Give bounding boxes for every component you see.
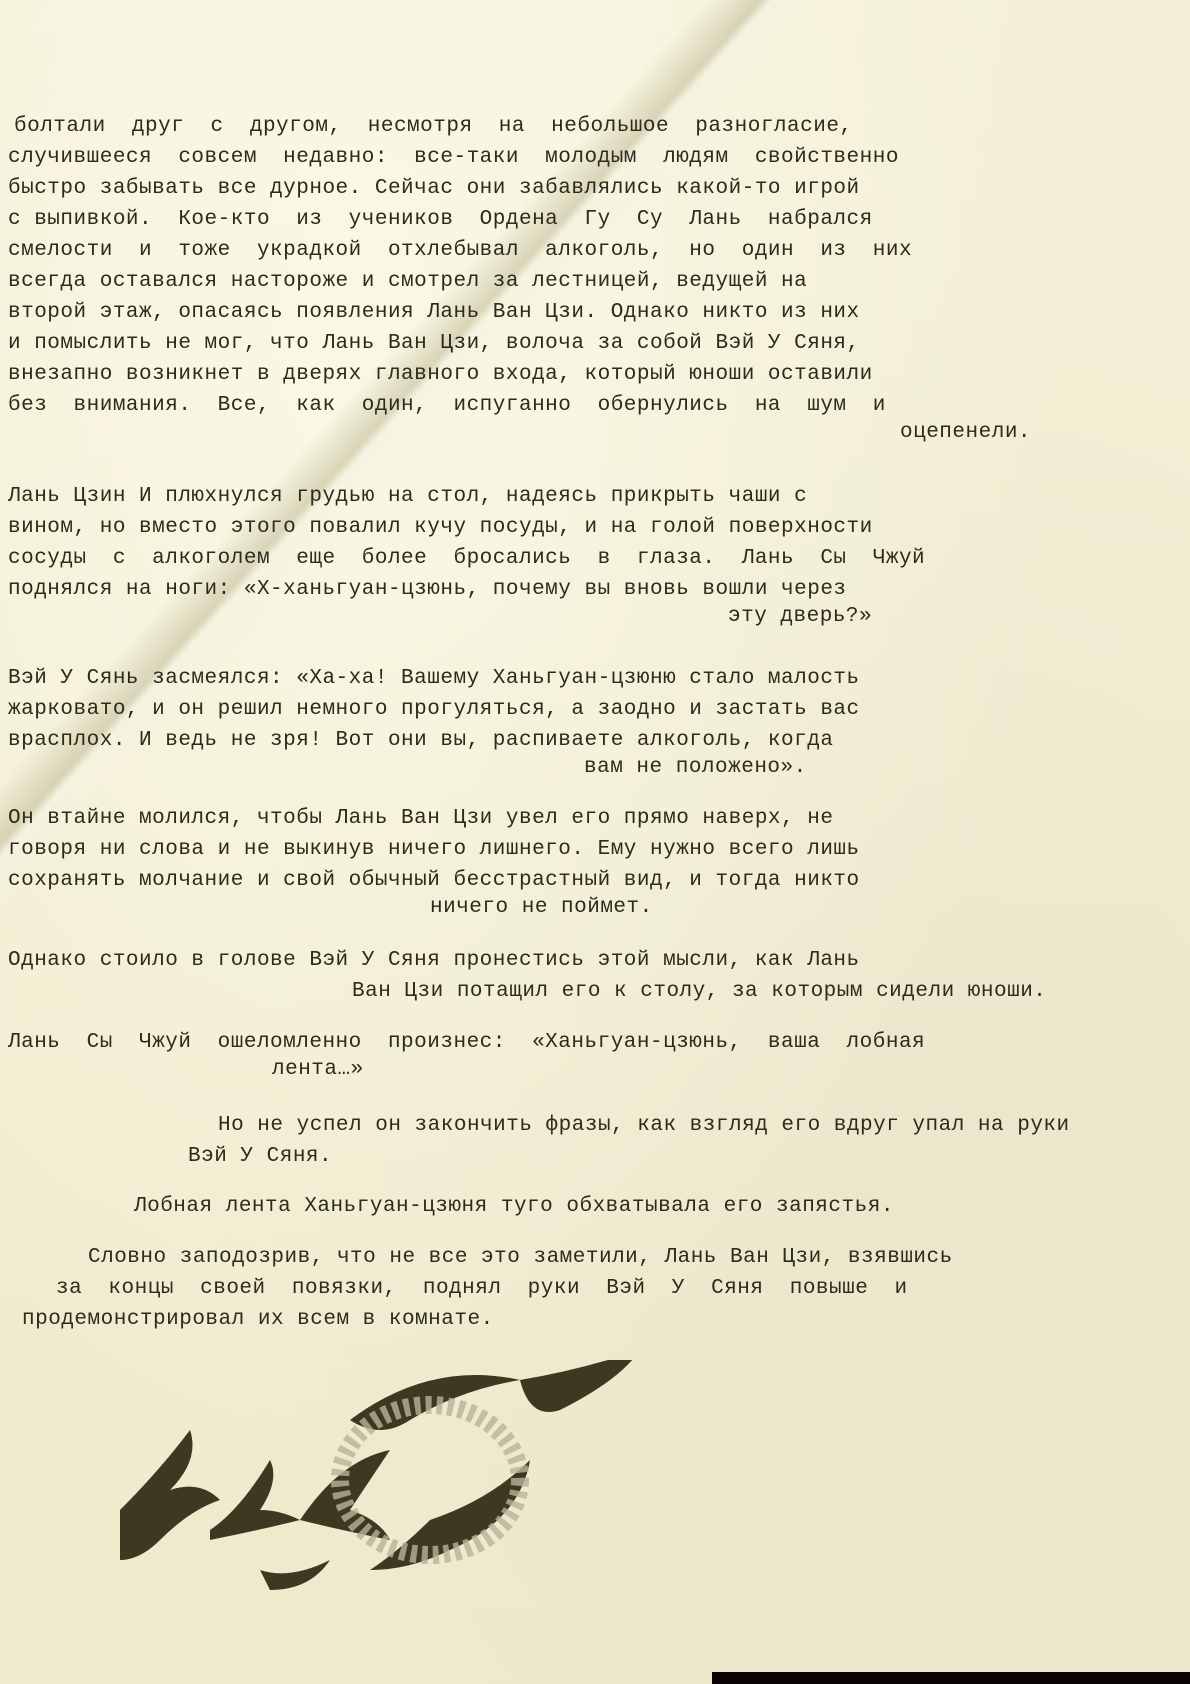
text-line: вином, но вместо этого повалил кучу посу… [8,515,873,541]
text-line: Ван Цзи потащил его к столу, за которым … [352,979,1046,1005]
text-line: с выпивкой. Кое-кто из учеников Ордена Г… [8,207,873,233]
text-line: оцепенели. [900,420,1031,446]
text-line: внезапно возникнет в дверях главного вхо… [8,362,873,388]
text-line: сохранять молчание и свой обычный бесстр… [8,868,860,894]
text-line: сосуды с алкоголем еще более бросались в… [8,546,925,572]
text-line: врасплох. И ведь не зря! Вот они вы, рас… [8,728,833,754]
text-line: без внимания. Все, как один, испуганно о… [8,393,886,419]
text-line: болтали друг с другом, несмотря на небол… [14,114,853,140]
text-line: вам не положено». [584,755,807,781]
text-line: Лань Цзин И плюхнулся грудью на стол, на… [8,484,807,510]
text-line: говоря ни слова и не выкинув ничего лишн… [8,837,860,863]
text-line: Словно заподозрив, что не все это замети… [88,1245,953,1271]
calligraphy-emblem-icon [100,1360,740,1610]
text-line: за концы своей повязки, поднял руки Вэй … [56,1276,908,1302]
text-line: Лань Сы Чжуй ошеломленно произнес: «Хань… [8,1030,925,1056]
text-line: и помыслить не мог, что Лань Ван Цзи, во… [8,331,860,357]
text-line: продемонстрировал их всем в комнате. [22,1307,494,1333]
text-line: Но не успел он закончить фразы, как взгл… [218,1113,1070,1139]
text-line: ничего не поймет. [430,895,653,921]
text-line: Вэй У Сяня. [188,1144,332,1170]
text-line: Вэй У Сянь засмеялся: «Ха-ха! Вашему Хан… [8,666,860,692]
text-line: лента…» [272,1057,364,1083]
text-line: Лобная лента Ханьгуан-цзюня туго обхваты… [134,1194,894,1220]
text-line: смелости и тоже украдкой отхлебывал алко… [8,238,912,264]
text-line: всегда оставался настороже и смотрел за … [8,269,807,295]
page-edge-bar [712,1672,1190,1684]
text-line: жарковато, и он решил немного прогулятьс… [8,697,860,723]
text-line: поднялся на ноги: «Х-ханьгуан-цзюнь, поч… [8,577,847,603]
text-line: случившееся совсем недавно: все-таки мол… [8,145,899,171]
text-line: эту дверь?» [728,604,872,630]
text-line: быстро забывать все дурное. Сейчас они з… [8,176,860,202]
text-line: Однако стоило в голове Вэй У Сяня пронес… [8,948,860,974]
text-line: второй этаж, опасаясь появления Лань Ван… [8,300,860,326]
text-line: Он втайне молился, чтобы Лань Ван Цзи ув… [8,806,833,832]
